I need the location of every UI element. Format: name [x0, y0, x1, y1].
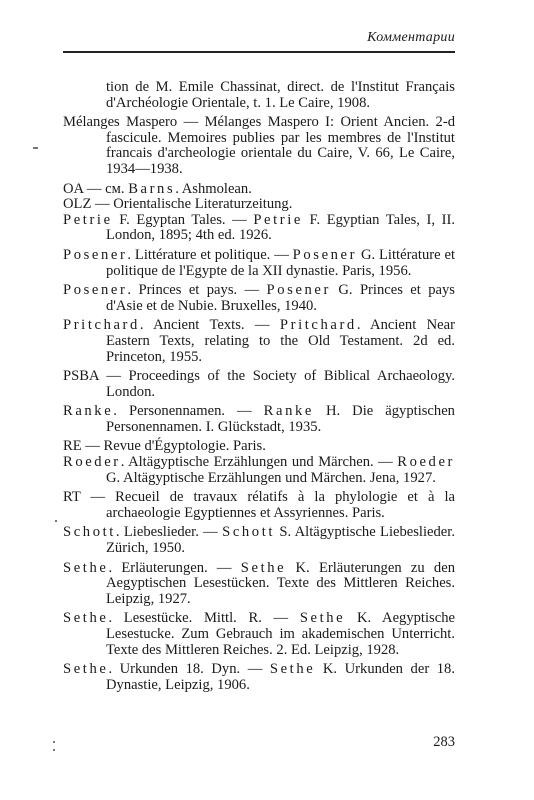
- bib-entry-posener-princes: Posener. Princes et pays. — Posener G. P…: [63, 283, 455, 314]
- bib-entry-continuation: tion de M. Emile Chassinat, direct. de l…: [63, 80, 455, 111]
- bib-entry-roeder: Roeder. Altägyptische Erzählungen und Mä…: [63, 455, 455, 486]
- bibliography-list: tion de M. Emile Chassinat, direct. de l…: [63, 80, 455, 697]
- bib-entry-melanges-maspero: Mélanges Maspero — Mélanges Maspero I: O…: [63, 115, 455, 177]
- bib-entry-posener-litterature: Posener. Littérature et politique. — Pos…: [63, 248, 455, 279]
- bib-entry-schott: Schott. Liebeslieder. — Schott S. Altägy…: [63, 525, 455, 556]
- bib-entry-sethe-lesestucke: Sethe. Lesestücke. Mittl. R. — Sethe K. …: [63, 611, 455, 658]
- scan-mark: [53, 741, 55, 743]
- bib-entry-petrie: Petrie F. Egyptan Tales. — Petrie F. Egy…: [63, 213, 455, 244]
- page-number: 283: [433, 734, 455, 751]
- bib-entry-re: RE — Revue d'Égyptologie. Paris.: [63, 439, 455, 455]
- bib-entry-psba: PSBA — Proceedings of the Society of Bib…: [63, 369, 455, 400]
- bib-entry-rt: RT — Recueil de travaux rélatifs à la ph…: [63, 490, 455, 521]
- header-rule: [63, 51, 455, 53]
- bib-entry-sethe-erlauterungen: Sethe. Erläuterungen. — Sethe K. Erläute…: [63, 561, 455, 608]
- bib-entry-pritchard: Pritchard. Ancient Texts. — Pritchard. A…: [63, 318, 455, 365]
- scan-mark: [55, 520, 57, 522]
- scan-mark: [53, 749, 55, 751]
- bib-entry-olz: OLZ — Orientalische Literaturzeitung.: [63, 197, 455, 213]
- scan-mark: [33, 147, 38, 149]
- bib-entry-sethe-urkunden: Sethe. Urkunden 18. Dyn. — Sethe K. Urku…: [63, 662, 455, 693]
- running-head: Комментарии: [367, 30, 455, 46]
- bib-entry-ranke: Ranke. Personennamen. — Ranke H. Die ägy…: [63, 404, 455, 435]
- bib-entry-oa: OA — см. Barns. Ashmolean.: [63, 182, 455, 198]
